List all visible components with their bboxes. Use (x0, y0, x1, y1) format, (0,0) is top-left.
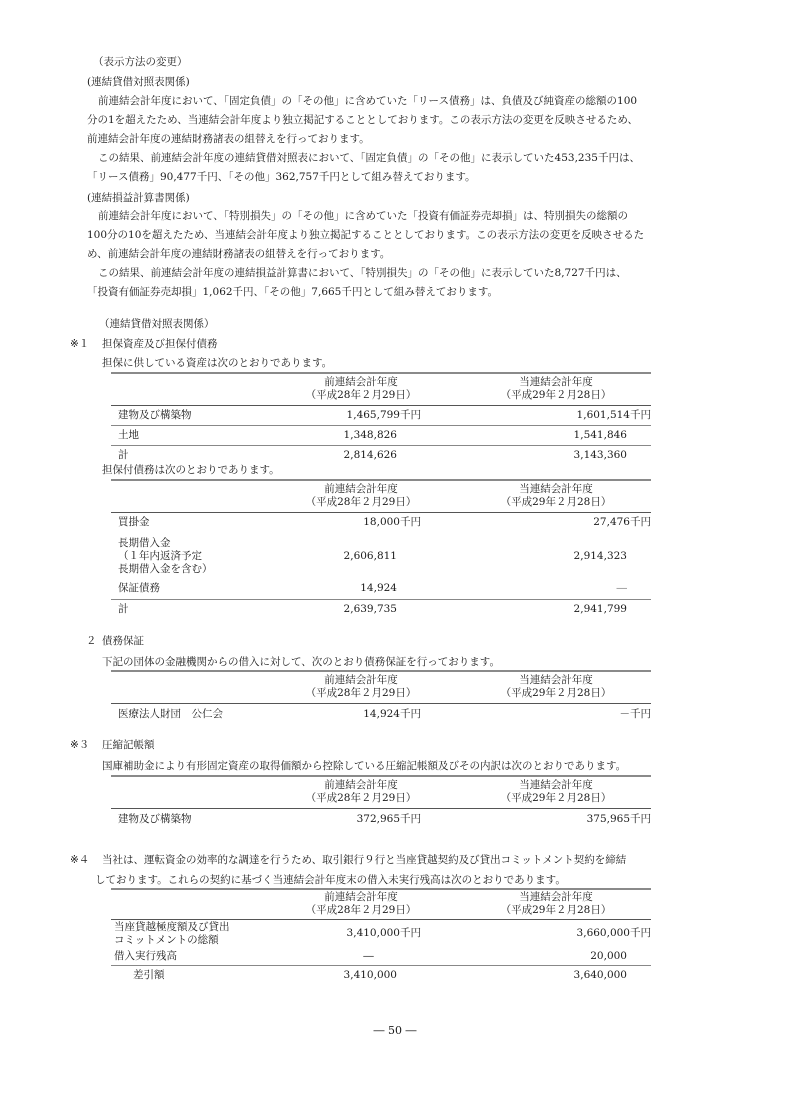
note2-intro: 下記の団体の金融機関からの借入に対して、次のとおり債務保証を行っております。 (102, 654, 500, 669)
section-heading-bs-notes: （連結貸借対照表関係） (99, 316, 215, 331)
col-header-prev: 前連結会計年度（平成28年２月29日） (261, 480, 461, 512)
subsection-heading-bs: (連結貸借対照表関係) (87, 74, 190, 89)
debt-guarantee-table: 前連結会計年度（平成28年２月29日） 当連結会計年度（平成29年２月28日） … (111, 670, 651, 725)
table-row: 建物及び構築物 372,965千円 375,965千円 (111, 808, 651, 830)
bs-change-paragraph: 前連結会計年度において、「固定負債」の「その他」に含めていた「リース債務」は、負… (87, 92, 717, 187)
collateral-assets-table: 前連結会計年度（平成28年２月29日） 当連結会計年度（平成29年２月28日） … (111, 372, 651, 465)
table-header-row: 前連結会計年度（平成28年２月29日） 当連結会計年度（平成29年２月28日） (111, 480, 651, 512)
pl-change-paragraph: 前連結会計年度において、「特別損失」の「その他」に含めていた「投資有価証券売却損… (87, 207, 717, 302)
table-row: 借入実行残高 ― 20,000 (111, 948, 651, 965)
text-line: め、前連結会計年度の連結財務諸表の組替えを行っております。 (87, 245, 717, 264)
table-header-row: 前連結会計年度（平成28年２月29日） 当連結会計年度（平成29年２月28日） (111, 889, 651, 919)
col-header-prev: 前連結会計年度（平成28年２月29日） (261, 889, 461, 919)
col-header-curr: 当連結会計年度（平成29年２月28日） (461, 671, 651, 703)
text-line: 前連結会計年度において、「特別損失」の「その他」に含めていた「投資有価証券売却損… (87, 207, 717, 226)
col-header-prev: 前連結会計年度（平成28年２月29日） (261, 776, 461, 808)
text-line: この結果、前連結会計年度の連結損益計算書において、「特別損失」の「その他」に表示… (87, 264, 717, 283)
table-row: 買掛金 18,000千円 27,476千円 (111, 512, 651, 533)
note2-title: 債務保証 (102, 633, 144, 648)
commitment-line-table: 前連結会計年度（平成28年２月29日） 当連結会計年度（平成29年２月28日） … (111, 888, 651, 985)
note4-text-line1: 当社は、運転資金の効率的な調達を行うため、取引銀行９行と当座貸越契約及び貸出コミ… (102, 852, 626, 867)
table-row: 建物及び構築物 1,465,799千円 1,601,514千円 (111, 405, 651, 425)
text-line: この結果、前連結会計年度の連結貸借対照表において、「固定負債」の「その他」に表示… (87, 149, 717, 168)
note1-mark: ※１ (70, 336, 89, 351)
table-row: 土地 1,348,826 1,541,846 (111, 425, 651, 445)
note1-debts-intro: 担保付債務は次のとおりであります。 (102, 462, 280, 477)
col-header-curr: 当連結会計年度（平成29年２月28日） (461, 373, 651, 405)
text-line: 分の1を超えたため、当連結会計年度より独立掲記することとしております。この表示方… (87, 111, 717, 130)
note3-title: 圧縮記帳額 (102, 737, 155, 752)
col-header-curr: 当連結会計年度（平成29年２月28日） (461, 776, 651, 808)
note1-assets-intro: 担保に供している資産は次のとおりであります。 (102, 355, 332, 370)
table-header-row: 前連結会計年度（平成28年２月29日） 当連結会計年度（平成29年２月28日） (111, 776, 651, 808)
secured-debts-table: 前連結会計年度（平成28年２月29日） 当連結会計年度（平成29年２月28日） … (111, 479, 651, 619)
section-title-presentation-change: （表示方法の変更） (93, 54, 188, 69)
page-number: ― 50 ― (0, 1024, 790, 1037)
reduction-entry-table: 前連結会計年度（平成28年２月29日） 当連結会計年度（平成29年２月28日） … (111, 775, 651, 830)
table-row-total: 差引額 3,410,000 3,640,000 (111, 965, 651, 985)
table-header-row: 前連結会計年度（平成28年２月29日） 当連結会計年度（平成29年２月28日） (111, 671, 651, 703)
text-line: 100分の10を超えたため、当連結会計年度より独立掲記することとしております。こ… (87, 226, 717, 245)
col-header-curr: 当連結会計年度（平成29年２月28日） (461, 480, 651, 512)
text-line: 「リース債務」90,477千円、「その他」362,757千円として組み替えており… (87, 168, 717, 187)
note1-title: 担保資産及び担保付債務 (102, 336, 218, 351)
subsection-heading-pl: (連結損益計算書関係) (87, 190, 190, 205)
note3-mark: ※３ (70, 737, 89, 752)
col-header-prev: 前連結会計年度（平成28年２月29日） (261, 373, 461, 405)
table-row: 保証債務 14,924 ― (111, 579, 651, 599)
table-row-total: 計 2,639,735 2,941,799 (111, 599, 651, 619)
table-row: 医療法人財団 公仁会 14,924千円 －千円 (111, 703, 651, 725)
text-line: 前連結会計年度の連結財務諸表の組替えを行っております。 (87, 130, 717, 149)
table-row: 当座貸越極度額及び貸出コミットメントの総額 3,410,000千円 3,660,… (111, 919, 651, 948)
note4-mark: ※４ (70, 852, 89, 867)
note3-intro: 国庫補助金により有形固定資産の取得価額から控除している圧縮記帳額及びその内訳は次… (102, 758, 626, 773)
text-line: 前連結会計年度において、「固定負債」の「その他」に含めていた「リース債務」は、負… (87, 92, 717, 111)
table-header-row: 前連結会計年度（平成28年２月29日） 当連結会計年度（平成29年２月28日） (111, 373, 651, 405)
col-header-prev: 前連結会計年度（平成28年２月29日） (261, 671, 461, 703)
col-header-curr: 当連結会計年度（平成29年２月28日） (461, 889, 651, 919)
table-row: 長期借入金（１年内返済予定長期借入金を含む） 2,606,811 2,914,3… (111, 533, 651, 579)
text-line: 「投資有価証券売却損」1,062千円、「その他」7,665千円として組み替えてお… (87, 283, 717, 302)
note2-mark: ２ (86, 633, 97, 648)
note4-text-line2: しております。これらの契約に基づく当連結会計年度末の借入未実行残高は次のとおりで… (95, 872, 566, 887)
